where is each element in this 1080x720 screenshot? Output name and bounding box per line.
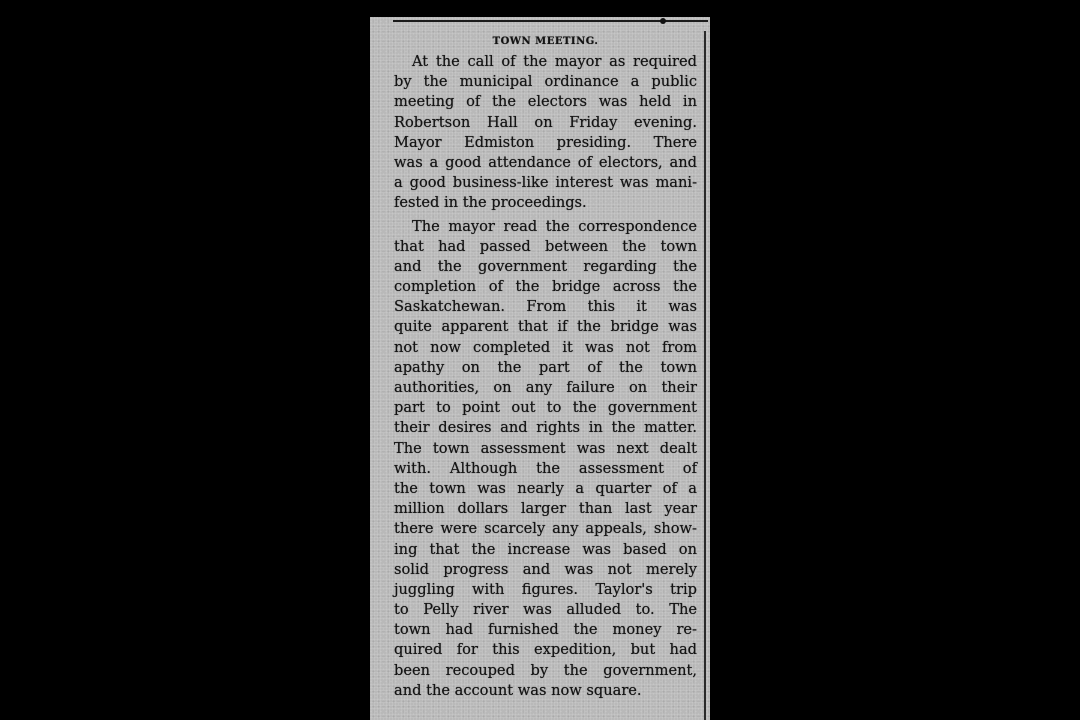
text-line: Saskatchewan. From this it was (394, 297, 697, 317)
text-line: a good business-like interest was mani- (394, 173, 697, 193)
text-line: not now completed it was not from (394, 338, 697, 358)
paragraph-2: The mayor read the correspondence that h… (394, 217, 697, 702)
text-line: by the municipal ordinance a public (394, 72, 697, 92)
text-line: The town assessment was next dealt (394, 439, 697, 459)
text-line: completion of the bridge across the (394, 277, 697, 297)
text-line: authorities, on any failure on their (394, 378, 697, 398)
right-column-rule (704, 31, 706, 720)
text-line: quired for this expedition, but had (394, 640, 697, 660)
text-line: their desires and rights in the matter. (394, 418, 697, 438)
text-line: Mayor Edmiston presiding. There (394, 133, 697, 153)
text-line: apathy on the part of the town (394, 358, 697, 378)
text-line: Robertson Hall on Friday evening. (394, 113, 697, 133)
text-line: meeting of the electors was held in (394, 92, 697, 112)
text-line: there were scarcely any appeals, show- (394, 519, 697, 539)
text-line: solid progress and was not merely (394, 560, 697, 580)
text-line: The mayor read the correspondence (394, 217, 697, 237)
article-headline: TOWN MEETING. (394, 33, 697, 51)
rule-ornament-dot (660, 18, 666, 24)
text-line: part to point out to the government (394, 398, 697, 418)
text-line: juggling with figures. Taylor's trip (394, 580, 697, 600)
text-line: the town was nearly a quarter of a (394, 479, 697, 499)
text-line: town had furnished the money re- (394, 620, 697, 640)
paragraph-1: At the call of the mayor as required by … (394, 52, 697, 214)
text-line: and the account was now square. (394, 681, 697, 701)
text-line: quite apparent that if the bridge was (394, 317, 697, 337)
text-line: and the government regarding the (394, 257, 697, 277)
text-line: that had passed between the town (394, 237, 697, 257)
text-line: ing that the increase was based on (394, 540, 697, 560)
text-line: been recouped by the government, (394, 661, 697, 681)
text-line: fested in the proceedings. (394, 193, 697, 213)
text-line: to Pelly river was alluded to. The (394, 600, 697, 620)
text-line: with. Although the assessment of (394, 459, 697, 479)
text-line: was a good attendance of electors, and (394, 153, 697, 173)
article-town-meeting: TOWN MEETING. At the call of the mayor a… (394, 33, 697, 701)
text-line: million dollars larger than last year (394, 499, 697, 519)
text-line: At the call of the mayor as required (394, 52, 697, 72)
newspaper-column: TOWN MEETING. At the call of the mayor a… (370, 17, 710, 720)
